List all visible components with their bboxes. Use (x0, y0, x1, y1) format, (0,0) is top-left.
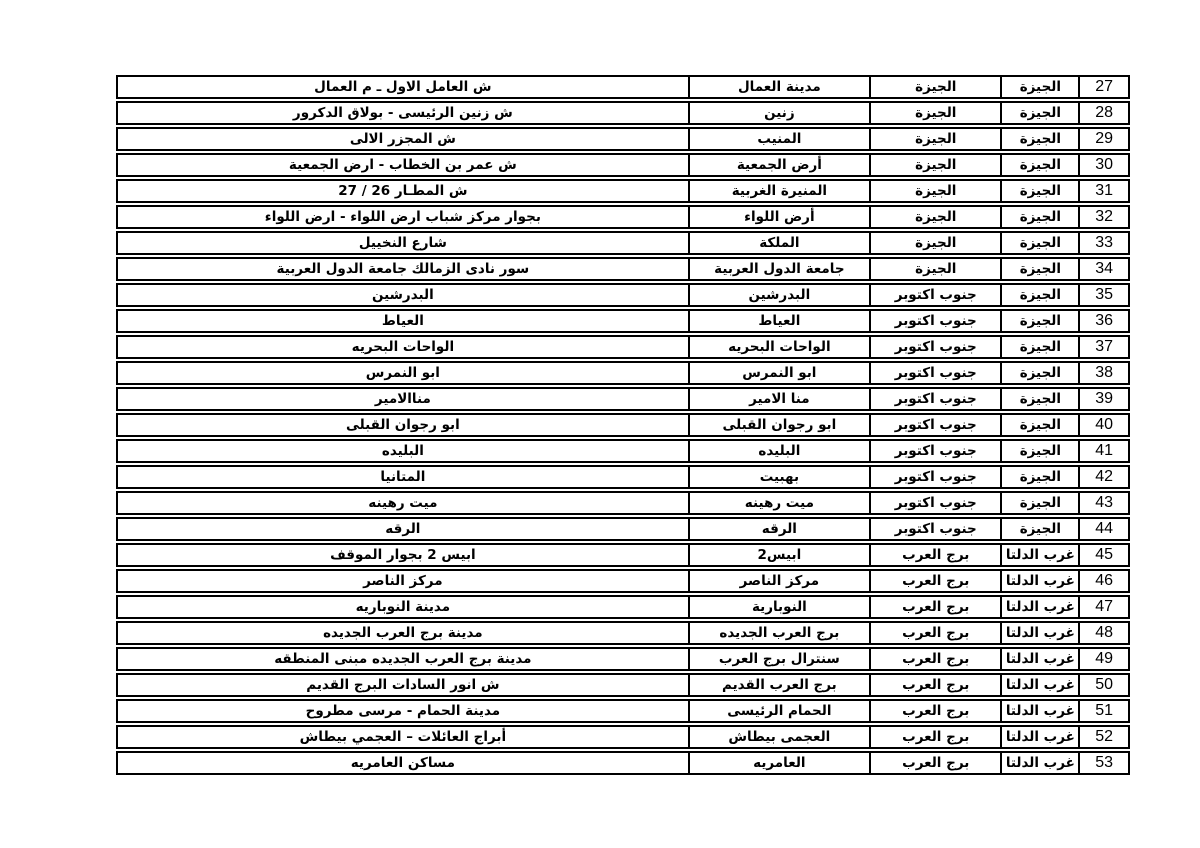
cell-station-name: مركز الناصر (688, 571, 869, 591)
table-row: ابيس 2 بجوار الموقفابيس2برج العربغرب الد… (116, 543, 1130, 567)
cell-row-number: 35 (1078, 285, 1128, 305)
cell-region: الجيزة (1000, 285, 1078, 305)
stations-table: ش العامل الاول ـ م العمالمدينة العمالالج… (116, 75, 1130, 777)
cell-region: غرب الدلتا (1000, 545, 1078, 565)
cell-station-name: ابو النمرس (688, 363, 869, 383)
cell-station-name: الحمام الرئيسى (688, 701, 869, 721)
table-row: العياطالعياطجنوب اكتوبرالجيزة36 (116, 309, 1130, 333)
cell-address: ابو النمرس (118, 363, 688, 383)
cell-row-number: 52 (1078, 727, 1128, 747)
table-row: شارع النخييلالملكةالجيزةالجيزة33 (116, 231, 1130, 255)
cell-address: ش المطـار 26 / 27 (118, 181, 688, 201)
cell-row-number: 37 (1078, 337, 1128, 357)
cell-region: الجيزة (1000, 337, 1078, 357)
cell-address: ش المجزر الالى (118, 129, 688, 149)
cell-region: الجيزة (1000, 233, 1078, 253)
cell-district: برج العرب (869, 649, 1000, 669)
table-row: بجوار مركز شباب ارض اللواء - ارض اللواءأ… (116, 205, 1130, 229)
cell-address: مركز الناصر (118, 571, 688, 591)
cell-row-number: 47 (1078, 597, 1128, 617)
table-row: البليدهالبليدهجنوب اكتوبرالجيزة41 (116, 439, 1130, 463)
table-row: مدينة برج العرب الجديده مبنى المنطقهسنتر… (116, 647, 1130, 671)
cell-district: جنوب اكتوبر (869, 519, 1000, 539)
cell-region: الجيزة (1000, 77, 1078, 97)
cell-row-number: 32 (1078, 207, 1128, 227)
cell-address: مدينة برج العرب الجديده مبنى المنطقه (118, 649, 688, 669)
cell-row-number: 27 (1078, 77, 1128, 97)
cell-address: ش عمر بن الخطاب - ارض الجمعية (118, 155, 688, 175)
cell-address: مدينة النوباريه (118, 597, 688, 617)
cell-address: ش انور السادات البرج القديم (118, 675, 688, 695)
cell-district: الجيزة (869, 233, 1000, 253)
cell-station-name: ابو رجوان القبلى (688, 415, 869, 435)
cell-row-number: 44 (1078, 519, 1128, 539)
cell-district: برج العرب (869, 675, 1000, 695)
cell-station-name: أرض الجمعية (688, 155, 869, 175)
cell-district: جنوب اكتوبر (869, 415, 1000, 435)
table-row: ميت رهينهميت رهينهجنوب اكتوبرالجيزة43 (116, 491, 1130, 515)
cell-station-name: سنترال برج العرب (688, 649, 869, 669)
cell-district: برج العرب (869, 623, 1000, 643)
cell-region: غرب الدلتا (1000, 571, 1078, 591)
cell-row-number: 41 (1078, 441, 1128, 461)
cell-district: الجيزة (869, 77, 1000, 97)
cell-row-number: 53 (1078, 753, 1128, 773)
cell-region: الجيزة (1000, 493, 1078, 513)
cell-region: غرب الدلتا (1000, 753, 1078, 773)
cell-district: جنوب اكتوبر (869, 389, 1000, 409)
cell-row-number: 38 (1078, 363, 1128, 383)
cell-station-name: المنيرة الغربية (688, 181, 869, 201)
cell-region: الجيزة (1000, 207, 1078, 227)
table-row: ابو النمرسابو النمرسجنوب اكتوبرالجيزة38 (116, 361, 1130, 385)
cell-row-number: 28 (1078, 103, 1128, 123)
cell-address: بجوار مركز شباب ارض اللواء - ارض اللواء (118, 207, 688, 227)
cell-region: الجيزة (1000, 311, 1078, 331)
table-row: سور نادى الزمالك جامعة الدول العربيةجامع… (116, 257, 1130, 281)
cell-address: العياط (118, 311, 688, 331)
cell-row-number: 49 (1078, 649, 1128, 669)
cell-station-name: الملكة (688, 233, 869, 253)
table-row: ش المطـار 26 / 27المنيرة الغربيةالجيزةال… (116, 179, 1130, 203)
cell-district: جنوب اكتوبر (869, 337, 1000, 357)
table-row: مساكن العامريهالعامريهبرج العربغرب الدلت… (116, 751, 1130, 775)
cell-district: برج العرب (869, 753, 1000, 773)
cell-district: الجيزة (869, 103, 1000, 123)
cell-row-number: 48 (1078, 623, 1128, 643)
table-row: ش زنين الرئيسى - بولاق الدكرورزنينالجيزة… (116, 101, 1130, 125)
cell-district: جنوب اكتوبر (869, 285, 1000, 305)
table-row: المتانيابهبيتجنوب اكتوبرالجيزة42 (116, 465, 1130, 489)
table-row: ش المجزر الالىالمنيبالجيزةالجيزة29 (116, 127, 1130, 151)
cell-region: غرب الدلتا (1000, 701, 1078, 721)
cell-station-name: ميت رهينه (688, 493, 869, 513)
cell-address: المتانيا (118, 467, 688, 487)
cell-address: ميت رهينه (118, 493, 688, 513)
cell-address: مدينة برج العرب الجديده (118, 623, 688, 643)
cell-station-name: العياط (688, 311, 869, 331)
cell-station-name: العجمى بيطاش (688, 727, 869, 747)
cell-row-number: 29 (1078, 129, 1128, 149)
cell-row-number: 33 (1078, 233, 1128, 253)
table-row: البدرشينالبدرشينجنوب اكتوبرالجيزة35 (116, 283, 1130, 307)
table-row: ش انور السادات البرج القديمبرج العرب الق… (116, 673, 1130, 697)
cell-district: برج العرب (869, 727, 1000, 747)
cell-station-name: العامريه (688, 753, 869, 773)
cell-region: غرب الدلتا (1000, 727, 1078, 747)
cell-row-number: 36 (1078, 311, 1128, 331)
cell-station-name: ابيس2 (688, 545, 869, 565)
cell-region: غرب الدلتا (1000, 649, 1078, 669)
cell-region: الجيزة (1000, 467, 1078, 487)
cell-address: الواحات البحريه (118, 337, 688, 357)
cell-station-name: جامعة الدول العربية (688, 259, 869, 279)
cell-station-name: البليده (688, 441, 869, 461)
table-row: مدينة النوباريهالنوباريةبرج العربغرب الد… (116, 595, 1130, 619)
cell-district: الجيزة (869, 129, 1000, 149)
cell-address: الرقه (118, 519, 688, 539)
table-row: مدينة الحمام - مرسى مطروحالحمام الرئيسىب… (116, 699, 1130, 723)
cell-district: برج العرب (869, 701, 1000, 721)
cell-station-name: النوبارية (688, 597, 869, 617)
cell-region: غرب الدلتا (1000, 597, 1078, 617)
cell-district: الجيزة (869, 181, 1000, 201)
cell-address: ابيس 2 بجوار الموقف (118, 545, 688, 565)
cell-row-number: 46 (1078, 571, 1128, 591)
cell-district: جنوب اكتوبر (869, 441, 1000, 461)
cell-station-name: أرض اللواء (688, 207, 869, 227)
cell-address: سور نادى الزمالك جامعة الدول العربية (118, 259, 688, 279)
cell-station-name: الواحات البحريه (688, 337, 869, 357)
cell-region: الجيزة (1000, 389, 1078, 409)
cell-district: برج العرب (869, 597, 1000, 617)
cell-station-name: برج العرب القديم (688, 675, 869, 695)
cell-row-number: 34 (1078, 259, 1128, 279)
cell-address: البدرشين (118, 285, 688, 305)
cell-region: غرب الدلتا (1000, 623, 1078, 643)
table-row: ابو رجوان القبلىابو رجوان القبلىجنوب اكت… (116, 413, 1130, 437)
cell-row-number: 45 (1078, 545, 1128, 565)
cell-address: شارع النخييل (118, 233, 688, 253)
cell-district: الجيزة (869, 259, 1000, 279)
table-row: ش عمر بن الخطاب - ارض الجمعيةأرض الجمعية… (116, 153, 1130, 177)
cell-address: ابو رجوان القبلى (118, 415, 688, 435)
cell-row-number: 42 (1078, 467, 1128, 487)
cell-district: جنوب اكتوبر (869, 363, 1000, 383)
table-row: الرقهالرقهجنوب اكتوبرالجيزة44 (116, 517, 1130, 541)
cell-station-name: برج العرب الجديده (688, 623, 869, 643)
cell-district: برج العرب (869, 545, 1000, 565)
cell-address: أبراج العائلات – العجمي بيطاش (118, 727, 688, 747)
cell-district: جنوب اكتوبر (869, 311, 1000, 331)
cell-region: الجيزة (1000, 155, 1078, 175)
table-row: مركز الناصرمركز الناصربرج العربغرب الدلت… (116, 569, 1130, 593)
cell-region: الجيزة (1000, 181, 1078, 201)
table-row: ش العامل الاول ـ م العمالمدينة العمالالج… (116, 75, 1130, 99)
cell-region: غرب الدلتا (1000, 675, 1078, 695)
cell-station-name: مدينة العمال (688, 77, 869, 97)
cell-region: الجيزة (1000, 363, 1078, 383)
cell-region: الجيزة (1000, 519, 1078, 539)
document-page: ش العامل الاول ـ م العمالمدينة العمالالج… (0, 0, 1200, 848)
cell-station-name: منا الامير (688, 389, 869, 409)
cell-district: جنوب اكتوبر (869, 467, 1000, 487)
cell-region: الجيزة (1000, 415, 1078, 435)
cell-address: مناالامير (118, 389, 688, 409)
cell-address: ش زنين الرئيسى - بولاق الدكرور (118, 103, 688, 123)
cell-region: الجيزة (1000, 103, 1078, 123)
table-row: مناالاميرمنا الاميرجنوب اكتوبرالجيزة39 (116, 387, 1130, 411)
table-row: مدينة برج العرب الجديدهبرج العرب الجديده… (116, 621, 1130, 645)
cell-row-number: 50 (1078, 675, 1128, 695)
cell-row-number: 51 (1078, 701, 1128, 721)
cell-station-name: الرقه (688, 519, 869, 539)
cell-row-number: 31 (1078, 181, 1128, 201)
cell-district: الجيزة (869, 207, 1000, 227)
cell-address: مدينة الحمام - مرسى مطروح (118, 701, 688, 721)
cell-row-number: 30 (1078, 155, 1128, 175)
cell-region: الجيزة (1000, 259, 1078, 279)
cell-station-name: البدرشين (688, 285, 869, 305)
cell-address: ش العامل الاول ـ م العمال (118, 77, 688, 97)
cell-station-name: زنين (688, 103, 869, 123)
cell-district: برج العرب (869, 571, 1000, 591)
cell-row-number: 39 (1078, 389, 1128, 409)
cell-station-name: بهبيت (688, 467, 869, 487)
cell-address: البليده (118, 441, 688, 461)
cell-district: جنوب اكتوبر (869, 493, 1000, 513)
cell-district: الجيزة (869, 155, 1000, 175)
cell-station-name: المنيب (688, 129, 869, 149)
table-row: الواحات البحريهالواحات البحريهجنوب اكتوب… (116, 335, 1130, 359)
cell-row-number: 43 (1078, 493, 1128, 513)
cell-address: مساكن العامريه (118, 753, 688, 773)
cell-region: الجيزة (1000, 129, 1078, 149)
table-row: أبراج العائلات – العجمي بيطاشالعجمى بيطا… (116, 725, 1130, 749)
cell-region: الجيزة (1000, 441, 1078, 461)
cell-row-number: 40 (1078, 415, 1128, 435)
